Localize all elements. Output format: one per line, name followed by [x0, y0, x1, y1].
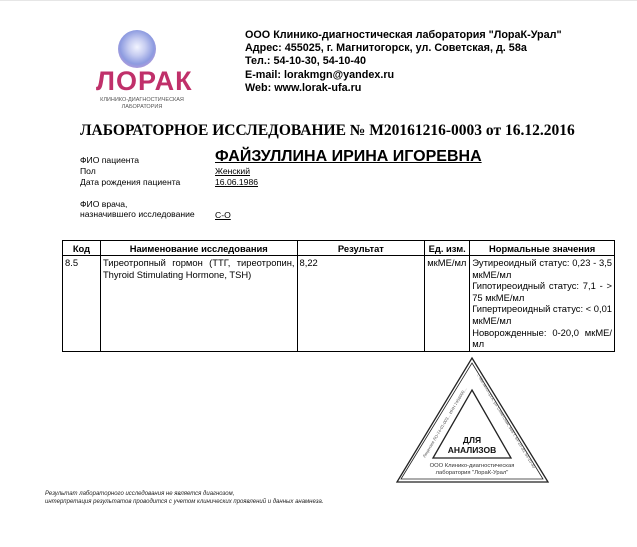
- doctor-label-line2: назначившего исследование: [80, 209, 195, 219]
- doctor-label-line1: ФИО врача,: [80, 199, 127, 209]
- doctor-label: ФИО врача, назначившего исследование: [80, 199, 215, 219]
- company-phone: Тел.: 54-10-30, 54-10-40: [245, 55, 562, 68]
- logo-subtitle-line2: ЛАБОРАТОРИЯ: [92, 104, 192, 111]
- top-border: [0, 0, 637, 1]
- doctor-value: С-О: [215, 210, 231, 220]
- dob-value: 16.06.1986: [215, 177, 258, 187]
- patient-name-label: ФИО пациента: [80, 155, 215, 165]
- table-header-row: Код Наименование исследования Результат …: [63, 241, 615, 256]
- cell-result: 8,22: [297, 256, 425, 352]
- cell-code: 8.5: [63, 256, 101, 352]
- header-result: Результат: [297, 241, 425, 256]
- patient-name: ФАЙЗУЛЛИНА ИРИНА ИГОРЕВНА: [215, 148, 482, 166]
- cell-unit: мкМЕ/мл: [425, 256, 470, 352]
- stamp-right-side: г. Магнитогорск, ул. Советская, 58а т. 5…: [476, 373, 537, 470]
- logo-brand: ЛОРАК: [96, 66, 193, 96]
- disclaimer-line2: интерпретация результатов проводится с у…: [45, 498, 323, 506]
- table-row: 8.5 Тиреотропный гормон (ТТГ, тиреотропи…: [63, 256, 615, 352]
- header-code: Код: [63, 241, 101, 256]
- company-address: Адрес: 455025, г. Магнитогорск, ул. Сове…: [245, 42, 562, 55]
- disclaimer: Результат лабораторного исследования не …: [45, 490, 323, 506]
- sex-label: Пол: [80, 166, 215, 176]
- document-title: ЛАБОРАТОРНОЕ ИССЛЕДОВАНИЕ № M20161216-00…: [80, 122, 575, 140]
- dob-label: Дата рождения пациента: [80, 177, 215, 187]
- header-unit: Ед. изм.: [425, 241, 470, 256]
- results-table: Код Наименование исследования Результат …: [62, 240, 615, 352]
- lab-stamp: ДЛЯ АНАЛИЗОВ ООО Клинико-диагностическая…: [395, 355, 550, 485]
- stamp-bottom-line1: ООО Клинико-диагностическая: [430, 463, 515, 469]
- stamp-bottom-line2: лаборатория "ЛораК-Урал": [436, 470, 509, 476]
- norm-hyperthyroid: Гипертиреоидный статус: < 0,01 мкМЕ/мл: [472, 303, 612, 326]
- norm-hypothyroid: Гипотиреоидный статус: 7,1 - > 75 мкМЕ/м…: [472, 280, 612, 303]
- company-web: Web: www.lorak-ufa.ru: [245, 82, 562, 95]
- logo-sphere-icon: [118, 30, 156, 68]
- header-norms: Нормальные значения: [470, 241, 615, 256]
- company-info: ООО Клинико-диагностическая лаборатория …: [245, 29, 562, 95]
- lorak-logo: ЛОРАК КЛИНИКО-ДИАГНОСТИЧЕСКАЯ ЛАБОРАТОРИ…: [88, 24, 238, 106]
- company-email: E-mail: lorakmgn@yandex.ru: [245, 69, 562, 82]
- norm-newborn: Новорожденные: 0-20,0 мкМЕ/мл: [472, 327, 612, 350]
- stamp-center-line2: АНАЛИЗОВ: [448, 445, 497, 455]
- company-name: ООО Клинико-диагностическая лаборатория …: [245, 29, 562, 42]
- cell-norms: Эутиреоидный статус: 0,23 - 3,5 мкМЕ/мл …: [470, 256, 615, 352]
- header-name: Наименование исследования: [100, 241, 297, 256]
- sex-value: Женский: [215, 166, 250, 176]
- disclaimer-line1: Результат лабораторного исследования не …: [45, 490, 323, 498]
- stamp-center-line1: ДЛЯ: [463, 435, 481, 445]
- logo-subtitle: КЛИНИКО-ДИАГНОСТИЧЕСКАЯ ЛАБОРАТОРИЯ: [92, 97, 192, 111]
- norm-euthyroid: Эутиреоидный статус: 0,23 - 3,5 мкМЕ/мл: [472, 257, 612, 280]
- cell-test-name: Тиреотропный гормон (ТТГ, тиреотропин, T…: [100, 256, 297, 352]
- logo-subtitle-line1: КЛИНИКО-ДИАГНОСТИЧЕСКАЯ: [92, 97, 192, 104]
